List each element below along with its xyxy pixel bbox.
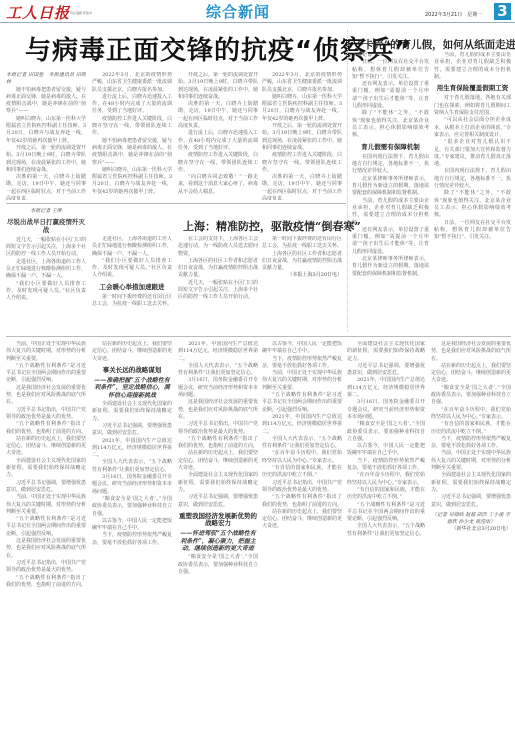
paragraph: 走进社区，上海各街道的工作人员正忙碌地进行核酸检测组织工作，确保不漏一户、不漏一… <box>92 236 172 258</box>
paragraph: 上海各区的社区工作者和志愿者们日夜奋战，为打赢疫情防控阻击战贡献力量。 <box>178 258 258 280</box>
paragraph: 习近平总书记强调，要增强忧患意识，做到居安思危。 <box>431 494 511 509</box>
lead-story-col-1: 本报记者 田国垒 本报通讯员 田晓林 她不怕病毒把患者留交接，疑与病毒正面交锋，… <box>6 72 86 200</box>
paragraph: 全面建设社会主义现代化国家的新征程，需要我们始终保持战略定力。 <box>431 472 511 494</box>
subheading: 重塑我国经济发展新优势的战略宏力 <box>178 513 258 528</box>
paragraph: 全面建设社会主义现代化国家的新征程，需要我们始终保持战略定力。 <box>347 341 425 363</box>
paragraph: 在国内现行法规下，育儿假由地方自行规定，各地标准不一，执行情况差异较大。 <box>352 154 429 176</box>
paragraph: 北京某律师事务所律师表示，育儿假作为新设立的假期，落地需要配套的保障机制和监督机… <box>352 256 429 278</box>
paragraph: 习近平总书记指出，中国共产党领导的政治优势是最大的优势。 <box>6 407 86 422</box>
paragraph: “五个战略性有利条件”指出了我们的优势，也指明了前进的方向。 <box>6 421 86 436</box>
paragraph: 全国人大代表表示，“五个战略性有利条件”让我们更加坚定信心。 <box>347 523 425 538</box>
paragraph: 全面建设社会主义现代化国家的新征程，需要我们始终保持战略定力。 <box>6 458 86 480</box>
paragraph: “有自信的国家和民族，才能在历史的洪流中屹立不倒。” <box>347 487 425 502</box>
paragraph: 3月16日，国务院金融委召开专题会议，研究当前经济形势和资本市场问题。 <box>92 474 172 496</box>
paragraph: 全国人大代表表示，“五个战略性有利条件”让我们更加坚定信心。 <box>92 459 172 474</box>
editor-credit: 责任编辑 陈俊卓 <box>70 11 92 15</box>
paragraph: 日前，一位网友在社交平台发帖称，想休育儿假却被单位告知“暂不执行”，引发关注。 <box>352 59 429 81</box>
subheading: 育儿假需有保障机制 <box>352 144 429 151</box>
paragraph: 决胜的第一天，白晓卉上街踏勘，走访，19日中午，她还与同事一起在西区临时驻点，对… <box>178 101 258 130</box>
paragraph: 日前，一位网友在社交平台发帖称，想休育儿假却被单位告知“暂不执行”，引发关注。 <box>434 220 511 242</box>
paragraph: “五个战略性有利条件”指出了我们的优势，也指明了前进的方向。 <box>178 436 258 451</box>
paragraph: 这是我国经济社会发展的重要优势，也是我们应对风险挑战的底气所在。 <box>6 538 86 560</box>
paragraph: “有自信的国家和民族，才能在历史的洪流中屹立不倒。” <box>431 421 511 436</box>
paragraph: “在百年奋斗历程中，我们党始终坚持以人民为中心。”专家表示。 <box>262 450 342 465</box>
paragraph: 还有网友表示，单位设置了重重门槛，例如“需提前一个月申请”“孩子出生后才能休”等… <box>352 81 429 110</box>
paragraph: 习近平总书记强调，要增强忧患意识，做到居安思危。 <box>6 480 86 495</box>
paragraph: 当前，中国正处于实现中华民族伟大复兴的关键时期，对形势的分析判断至关重要。 <box>262 370 342 392</box>
paragraph: “我们小区要做好人员排查工作，及时发现可疑人员。”社区负责人介绍说。 <box>6 281 86 303</box>
paragraph: “粮食安全是‘国之大者’。”全国政协委员表示，要加强种业科技自立自强。 <box>92 496 172 518</box>
paragraph: 疫情防控工作进入关键阶段，白晓卉坚守在一线，带领团队连续工作。 <box>92 116 172 138</box>
paragraph: 决胜的第一天，白晓卉上街踏勘，走访，19日中午，她还与同事一起在西区临时驻点，对… <box>6 174 86 200</box>
lower-story-col-4: 以古鉴今，中国人民一定能把饭碗牢牢端在自己手中。 当下，疫情防控形势依然严峻复杂… <box>262 341 342 745</box>
paragraph: 全面建设社会主义现代化国家的新征程，需要我们始终保持战略定力。 <box>92 401 172 423</box>
paragraph: 2022年3月，北京的疫情形势严峻，山东省卫生健康委派一批流调队员支援北京，白晓… <box>92 72 172 94</box>
paragraph: 当下，疫情防控形势依然严峻复杂，要毫不放松抓好各项工作。 <box>262 356 342 371</box>
paragraph: “粮食安全是‘国之大者’。”全国政协委员表示，要加强种业科技自立自强。 <box>431 385 511 407</box>
paragraph: 全面建设社会主义现代化国家的新征程，需要我们始终保持战略定力。 <box>178 472 258 494</box>
sidebar-story-col-2: 当前，育儿假的成本主要由企业承担，企业对育儿假缺乏积极性，需要建立合理的成本分担… <box>434 52 511 332</box>
paragraph: 近几天，一幅张贴在小区门口的简短文字告示引起关注，上海多个社区的防控一线工作人员… <box>178 280 258 302</box>
section-divider <box>6 203 346 204</box>
paragraph: 这是我国经济社会发展的重要优势，也是我们应对风险挑战的底气所在。 <box>431 341 511 363</box>
paragraph: “五个战略性有利条件”指出了我们的优势，也指明了前进的方向。 <box>6 575 86 590</box>
paragraph: 以古鉴今，中国人民一定能把饭碗牢牢端在自己手中。 <box>92 518 172 533</box>
section-title: 综合新闻 <box>206 1 270 22</box>
paragraph: 当前，中国正处于实现中华民族伟大复兴的关键时期，对形势的分析判断至关重要。 <box>431 450 511 472</box>
paragraph: 北京某律师事务所律师表示，育儿假作为新设立的假期，落地需要配套的保障机制和监督机… <box>352 176 429 198</box>
paragraph: 她叫白晓卉，山东第一医科大学附属省立医院疾控科副主任技师。3月20日，白晓卉与战… <box>262 94 342 123</box>
paragraph: 当下，疫情防控形势依然严峻复杂，要毫不放松抓好各项工作。 <box>92 532 172 547</box>
paragraph: 全国人大代表表示，“五个战略性有利条件”让我们更加坚定信心。 <box>178 363 258 378</box>
page-number-badge: 3 <box>494 3 511 20</box>
paragraph: 2021年，中国国内生产总值达到114万亿元，经济规模稳居世界第二。 <box>262 414 342 436</box>
paragraph: 还有网友表示，单位设置了重重门槛，例如“需提前一个月申请”“孩子出生后才能休”等… <box>352 227 429 256</box>
shanghai-col-3: 第一时间下拨经费的还有闵行区总工会，为抗疫一线职工送去关怀。 上海各区的社区工作… <box>262 236 342 330</box>
paragraph: 3月16日，国务院金融委召开专题会议，研究当前经济形势和资本市场问题。 <box>178 377 258 399</box>
lead-story-col-3: 开疫之后，第一轮的流调处置开始。3月19日晚上9时，白晓卉带队到达现场，在凌晨紧… <box>178 72 258 200</box>
paragraph: 当前，育儿假的成本主要由企业承担，企业对育儿假缺乏积极性，需要建立合理的成本分担… <box>352 198 429 227</box>
paragraph: 除了“不能休”之外，“不敢休”现象也值得关注。北京某企业员工表示，担心休假影响绩… <box>352 110 429 139</box>
paragraph: 走进社区，上海各街道的工作人员正忙碌地进行核酸检测组织工作，确保不漏一户、不漏一… <box>6 259 86 281</box>
column-divider <box>347 30 348 332</box>
paragraph: “粮食安全是‘国之大者’。”全国政协委员表示，要加强种业科技自立自强。 <box>347 421 425 443</box>
paragraph: 这是我国经济社会发展的重要优势，也是我们应对风险挑战的底气所在。 <box>6 385 86 407</box>
newspaper-logo: 工人日报 <box>6 2 70 23</box>
paragraph: 以古鉴今，中国人民一定能把饭碗牢牢端在自己手中。 <box>262 341 342 356</box>
subheading-deck: ——准确把握“五个战略性有利条件”，坚定战略信心，满怀信心迎接新挑战 <box>92 377 172 399</box>
shanghai-kicker-col: 本报记者 王维 尽锐出战早日打赢疫情歼灭战 近几天，一幅张贴在小区门口的简短文字… <box>6 208 86 330</box>
paragraph: 全国人大代表表示，“五个战略性有利条件”让我们更加坚定信心。 <box>262 436 342 451</box>
paragraph: 第一时间下拨经费的还有闵行区总工会，为抗疫一线职工送去关怀。 <box>262 236 342 251</box>
paragraph: 习近平总书记强调，要增强忧患意识，做到居安思危。 <box>347 363 425 378</box>
paragraph: 站在新的历史起点上，我们要坚定信心，团结奋斗，继续创造新的更大奇迹。 <box>6 436 86 458</box>
section-divider <box>6 336 511 337</box>
paragraph: 她不怕病毒把患者留交接，疑与病毒正面交锋，她是病毒的敌人。在疫情阻击战中，她是冲… <box>92 138 172 167</box>
paragraph: 这是我国经济社会发展的重要优势，也是我们应对风险挑战的底气所在。 <box>178 399 258 421</box>
paragraph: 她叫白晓卉，山东第一医科大学附属省立医院疾控科副主任技师。3月20日，白晓卉与战… <box>6 116 86 145</box>
reporter-credit: （记者 吴储岐 赵超 胡浩 丁小溪 李德欣 孙少龙 黄滢雨） <box>431 512 511 527</box>
paragraph: 疫情防控工作进入关键阶段，白晓卉坚守在一线，带领团队连续工作。 <box>178 152 258 174</box>
paragraph: 进行流上后，白晓卉迅速投入工作，在48小时内完成了大量的流调任务，受到了当地好评… <box>178 130 258 152</box>
paragraph: 她不怕病毒把患者留交接，疑与病毒正面交锋，她是病毒的敌人。在疫情阻击战中，她是冲… <box>6 87 86 116</box>
paragraph: 当前，育儿假的成本主要由企业承担，企业对育儿假缺乏积极性，需要建立合理的成本分担… <box>434 52 511 81</box>
paragraph: 第一时间下拨经费的还有闵行区总工会，为抗疫一线职工送去关怀。 <box>92 294 172 309</box>
paragraph: “可以从社会层面分担企业成本，从根本上打消企业的顾虑。”专家表示，应完善相关制度… <box>434 117 511 139</box>
paragraph: 习近平总书记强调，要增强忧患意识，做到居安思危。 <box>92 423 172 438</box>
paragraph: 2021年，中国国内生产总值达到114万亿元，经济规模稳居世界第二。 <box>178 341 258 363</box>
paragraph: 习近平总书记强调，要增强忧患意识，做到居安思危。 <box>178 494 258 509</box>
paragraph: “五个战略性有利条件”是习近平总书记在全国两会期间作出的重要论断，引起强烈反响。 <box>262 392 342 414</box>
paragraph: 开疫之后，第一轮的流调处置开始。3月19日晚上9时，白晓卉带队到达现场，在凌晨紧… <box>262 123 342 152</box>
lower-story-col-1: 当前，中国正处于实现中华民族伟大复兴的关键时期，对形势的分析判断至关重要。 “五… <box>6 341 86 745</box>
sidebar-story-col-1: 本报记者 王维 日前，一位网友在社交平台发帖称，想休育儿假却被单位告知“暂不执行… <box>352 52 429 332</box>
paragraph: 2022年3月，北京的疫情形势严峻，山东省卫生健康委派一批流调队员支援北京，白晓… <box>262 72 342 94</box>
masthead: 工人日报 责任编辑 陈俊卓 综合新闻 2022年3月21日 星期一 3 <box>0 0 515 23</box>
subheading: 事关长远的战略谋划 <box>92 367 172 374</box>
paragraph: “有自信的国家和民族，才能在历史的洪流中屹立不倒。” <box>262 465 342 480</box>
subheading: 工会暖心举措加速跟进 <box>92 284 172 291</box>
paragraph: “我们小区要做好人员排查工作，及时发现可疑人员。”社区负责人介绍说。 <box>92 258 172 280</box>
lower-story-col-3: 2021年，中国国内生产总值达到114万亿元，经济规模稳居世界第二。 全国人大代… <box>178 341 258 745</box>
kicker-title: 尽锐出战早日打赢疫情歼灭战 <box>6 219 86 234</box>
paragraph: 当下，疫情防控形势依然严峻复杂，要毫不放松抓好各项工作。 <box>347 458 425 473</box>
paragraph: 站在新的历史起点上，我们要坚定信心，团结奋斗，继续创造新的更大奇迹。 <box>262 509 342 531</box>
paragraph: 当下，疫情防控形势依然严峻复杂，要毫不放松抓好各项工作。 <box>431 436 511 451</box>
lower-story-col-5: 全面建设社会主义现代化国家的新征程，需要我们始终保持战略定力。 习近平总书记强调… <box>347 341 425 745</box>
paragraph: 疫情防控工作进入关键阶段，白晓卉坚守在一线，带领团队连续工作。 <box>262 152 342 174</box>
paragraph: 对于育儿假落地，各地有关部门也在探索，例如将育儿假期间工资纳入生育保险支付范围。 <box>434 95 511 117</box>
paragraph: “粮食安全是‘国之大者’。”全国政协委员表示，要加强种业科技自立自强。 <box>178 554 258 576</box>
paragraph: 近几天，一幅张贴在小区门口的简短文字告示引起关注，上海多个社区的防控一线工作人员… <box>6 237 86 259</box>
subheading-deck: ——怀进驾驭“五个战略性有利条件”，凝心聚力，把握主动，继续创造新的更大奇迹 <box>178 530 258 552</box>
shanghai-col-2: 在工会的支持下，上海各区工会迅速行动，为一线防疫人员送去慰问物资。 上海各区的社… <box>178 236 258 330</box>
lead-story-col-2: 2022年3月，北京的疫情形势严峻，山东省卫生健康委派一批流调队员支援北京，白晓… <box>92 72 172 200</box>
paragraph: 在工会的支持下，上海各区工会迅速行动，为一线防疫人员送去慰问物资。 <box>178 236 258 258</box>
byline: 本报记者 王维 <box>6 208 86 215</box>
paragraph: “很多企业对育儿假认识不足，有关部门要加大宣传和监督力度。”专家建议，推动育儿假… <box>434 139 511 168</box>
dateline-end: （新华社北京3月20日电） <box>431 526 511 533</box>
paragraph: “在百年奋斗历程中，我们党始终坚持以人民为中心。”专家表示。 <box>431 407 511 422</box>
paragraph: “五个战略性有利条件”是习近平总书记在全国两会期间作出的重要论断，引起强烈反响。 <box>347 502 425 524</box>
sidebar-headline: “卡壳”的育儿假，如何从纸面走进现实？ <box>357 37 515 52</box>
lower-story-col-2: 站在新的历史起点上，我们要坚定信心，团结奋斗，继续创造新的更大奇迹。 事关长远的… <box>92 341 172 745</box>
byline: 本报记者 田国垒 本报通讯员 田晓林 <box>6 72 86 87</box>
paragraph: “向白晓卉同志致敬！”一路走来，看到这个消息大家心疼了，病毒从不会给人喘息。 <box>178 174 258 196</box>
paragraph: 当前，中国正处于实现中华民族伟大复兴的关键时期，对形势的分析判断至关重要。 <box>6 494 86 516</box>
subheading: 用生育保险覆盖假期工资 <box>434 85 511 92</box>
paragraph: 习近平总书记指出，中国共产党领导的政治优势是最大的优势。 <box>178 421 258 436</box>
paragraph: 习近平总书记指出，中国共产党领导的政治优势是最大的优势。 <box>262 480 342 495</box>
paragraph: 决胜的第一天，白晓卉上街踏勘，走访，19日中午，她还与同事一起在西区临时驻点，对… <box>262 174 342 200</box>
paragraph: “在百年奋斗历程中，我们党始终坚持以人民为中心。”专家表示。 <box>347 472 425 487</box>
paragraph: 上海各区的社区工作者和志愿者们日夜奋战，为打赢疫情防控阻击战贡献力量。 <box>262 251 342 273</box>
shanghai-col-1: 走进社区，上海各街道的工作人员正忙碌地进行核酸检测组织工作，确保不漏一户、不漏一… <box>92 236 172 330</box>
paragraph: “五个战略性有利条件”是习近平总书记在全国两会期间作出的重要论断，引起强烈反响。 <box>6 516 86 538</box>
paragraph: 站在新的历史起点上，我们要坚定信心，团结奋斗，继续创造新的更大奇迹。 <box>431 363 511 385</box>
paragraph: 除了“不能休”之外，“不敢休”现象也值得关注。北京某企业员工表示，担心休假影响绩… <box>434 190 511 219</box>
paragraph: 站在新的历史起点上，我们要坚定信心，团结奋斗，继续创造新的更大奇迹。 <box>178 450 258 472</box>
paragraph: 开疫之后，第一轮的流调处置开始。3月19日晚上9时，白晓卉带队到达现场，在凌晨紧… <box>6 145 86 174</box>
paragraph: 2021年，中国国内生产总值达到114万亿元，经济规模稳居世界第二。 <box>92 438 172 460</box>
paragraph: 开疫之后，第一轮的流调处置开始。3月19日晚上9时，白晓卉带队到达现场，在凌晨紧… <box>178 72 258 101</box>
paragraph: 在国内现行法规下，育儿假由地方自行规定，各地标准不一，执行情况差异较大。 <box>434 168 511 190</box>
paragraph: 习近平总书记指出，中国共产党领导的政治优势是最大的优势。 <box>6 560 86 575</box>
lower-story-col-6: 这是我国经济社会发展的重要优势，也是我们应对风险挑战的底气所在。 站在新的历史起… <box>431 341 511 745</box>
shanghai-headline: 上海：精准防控，驱散疫情“倒春寒” <box>183 218 361 234</box>
paragraph: 当前，中国正处于实现中华民族伟大复兴的关键时期，对形势的分析判断至关重要。 <box>6 341 86 363</box>
paragraph: 3月16日，国务院金融委召开专题会议，研究当前经济形势和资本市场问题。 <box>347 399 425 421</box>
paragraph: 以古鉴今，中国人民一定能把饭碗牢牢端在自己手中。 <box>347 443 425 458</box>
paragraph: 站在新的历史起点上，我们要坚定信心，团结奋斗，继续创造新的更大奇迹。 <box>92 341 172 363</box>
paragraph: 2021年，中国国内生产总值达到114万亿元，经济规模稳居世界第二。 <box>347 377 425 399</box>
paragraph: 进行流上后，白晓卉迅速投入工作，在48小时内完成了大量的流调任务，受到了当地好评… <box>92 94 172 116</box>
lead-story-col-4: 2022年3月，北京的疫情形势严峻，山东省卫生健康委派一批流调队员支援北京，白晓… <box>262 72 342 200</box>
paragraph: “五个战略性有利条件”是习近平总书记在全国两会期间作出的重要论断，引起强烈反响。 <box>6 363 86 385</box>
dateline-end: （本报上海3月20日电） <box>262 272 342 279</box>
issue-date: 2022年3月21日 星期一 <box>425 11 482 18</box>
paragraph: “五个战略性有利条件”指出了我们的优势，也指明了前进的方向。 <box>262 494 342 509</box>
paragraph: 她叫白晓卉，山东第一医科大学附属省立医院疾控科副主任技师。3月20日，白晓卉与战… <box>92 167 172 196</box>
